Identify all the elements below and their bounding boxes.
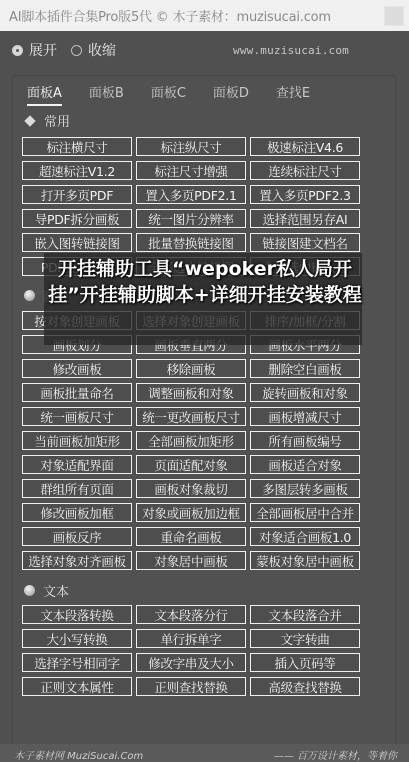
tab-find-e[interactable]: 查找E (276, 82, 310, 106)
tool-button[interactable]: 统一图片分辨率 (136, 209, 246, 228)
tool-button[interactable]: 文本段落转换 (22, 605, 132, 624)
tool-button[interactable]: 单行拆单字 (136, 629, 246, 648)
tool-button[interactable]: 文字转曲 (250, 629, 360, 648)
tool-button[interactable]: 所有画板编号 (250, 431, 360, 450)
tool-button[interactable]: 批量替换链接图 (136, 233, 246, 252)
tool-button[interactable]: 极速标注V4.6 (250, 137, 360, 156)
tool-button[interactable]: 选择范围另存AI (250, 209, 360, 228)
text-button-grid: 文本段落转换文本段落分行文本段落合并大小写转换单行拆单字文字转曲选择字号相同字修… (22, 605, 360, 696)
tool-button[interactable]: 高级查找替换 (250, 677, 360, 696)
tool-button[interactable]: 文本段落分行 (136, 605, 246, 624)
tool-button[interactable]: 正则查找替换 (136, 677, 246, 696)
tool-button[interactable]: 选择字号相同字 (22, 653, 132, 672)
tool-button[interactable]: 标注尺寸增强 (136, 161, 246, 180)
footer-left-text: 木子素材网 MuziSucai.Com (14, 747, 143, 762)
tool-button[interactable]: 置入多页PDF2.3 (250, 185, 360, 204)
tool-button[interactable]: 蒙板对象居中画板 (250, 551, 360, 570)
tool-button[interactable]: 对象或画板加边框 (136, 503, 246, 522)
tab-panel-d[interactable]: 面板D (213, 82, 249, 106)
tool-button[interactable]: 对象适配界面 (22, 455, 132, 474)
tool-button[interactable]: 正则文本属性 (22, 677, 132, 696)
tool-button[interactable]: 修改画板 (22, 359, 132, 378)
tool-button[interactable]: 对象居中画板 (136, 551, 246, 570)
footer-right-text: —— 百万设计素材，等着你 (274, 747, 397, 762)
artboard-button-grid: 按对象创建画板选择对象创建画板排序/加框/分割画板划分画板垂直两分画板水平两分修… (22, 311, 360, 570)
section-title: 常用 (44, 111, 70, 130)
tool-button[interactable]: 链接图建文档名 (250, 233, 360, 252)
expand-label: 展开 (29, 40, 57, 60)
tool-button[interactable]: 画板增减尺寸 (250, 407, 360, 426)
tool-button[interactable]: 画板反序 (22, 527, 132, 546)
tool-button[interactable]: 文本段落合并 (250, 605, 360, 624)
tool-button[interactable]: 页面适配对象 (136, 455, 246, 474)
collapse-radio[interactable]: 收缩 (71, 40, 116, 60)
tool-button[interactable]: 选择对象对齐画板 (22, 551, 132, 570)
tool-button[interactable]: 画板对象裁切 (136, 479, 246, 498)
tool-button[interactable]: 标注纵尺寸 (136, 137, 246, 156)
tab-panel-c[interactable]: 面板C (151, 82, 186, 106)
diamond-icon (24, 115, 35, 126)
tool-button[interactable]: 统一画板尺寸 (22, 407, 132, 426)
tool-button[interactable]: 重命名画板 (136, 527, 246, 546)
tool-button[interactable]: 修改画板加框 (22, 503, 132, 522)
tool-button[interactable]: 当前画板加矩形 (22, 431, 132, 450)
tool-button[interactable]: 画板适合对象 (250, 455, 360, 474)
tool-button[interactable]: 超速标注V1.2 (22, 161, 132, 180)
tab-panel: 面板A 面板B 面板C 面板D 查找E 常用 标注横尺寸标注纵尺寸极速标注V4.… (12, 75, 396, 755)
tool-button[interactable]: 嵌入图转链接图 (22, 233, 132, 252)
tab-bar: 面板A 面板B 面板C 面板D 查找E (27, 82, 337, 106)
tool-button[interactable]: 导PDF拆分画板 (22, 209, 132, 228)
tool-button[interactable]: 旋转画板和对象 (250, 383, 360, 402)
title-bar: AI脚本插件合集Pro版5代 © 木子素材：muzisucai.com (0, 0, 409, 31)
window-title: AI脚本插件合集Pro版5代 © 木子素材：muzisucai.com (9, 6, 331, 25)
expand-radio[interactable]: 展开 (12, 40, 57, 60)
tool-button[interactable]: 全部画板加矩形 (136, 431, 246, 450)
tool-button[interactable]: 大小写转换 (22, 629, 132, 648)
tool-button[interactable]: 打开多页PDF (22, 185, 132, 204)
collapse-label: 收缩 (88, 40, 116, 60)
site-url: www.muzisucai.com (233, 44, 349, 57)
section-common-header: 常用 (23, 111, 70, 130)
tool-button[interactable]: 移除画板 (136, 359, 246, 378)
tool-button[interactable]: 画板批量命名 (22, 383, 132, 402)
tool-button[interactable]: 全部画板居中合并 (250, 503, 360, 522)
tool-button[interactable]: 调整画板和对象 (136, 383, 246, 402)
section-title: 文本 (43, 581, 69, 600)
tool-button[interactable]: 多图层转多画板 (250, 479, 360, 498)
tool-button[interactable]: 插入页码等 (250, 653, 360, 672)
section-text-header: 文本 (23, 581, 69, 600)
footer-watermark: 木子素材网 MuziSucai.Com —— 百万设计素材，等着你 (0, 744, 409, 762)
ball-icon (24, 290, 35, 301)
tool-button[interactable]: 置入多页PDF2.1 (136, 185, 246, 204)
close-button[interactable] (384, 6, 404, 26)
tab-panel-a[interactable]: 面板A (27, 82, 62, 106)
tool-button[interactable]: 连续标注尺寸 (250, 161, 360, 180)
radio-unchecked-icon (71, 45, 82, 56)
tool-button[interactable]: 对象适合画板1.0 (250, 527, 360, 546)
tool-button[interactable]: 修改字串及大小 (136, 653, 246, 672)
tool-button[interactable]: 标注横尺寸 (22, 137, 132, 156)
tool-button[interactable]: 统一更改画板尺寸 (136, 407, 246, 426)
radio-checked-icon (12, 45, 23, 56)
ball-icon (24, 585, 35, 596)
mode-radio-group: 展开 收缩 (12, 40, 130, 60)
tool-button[interactable]: 群组所有页面 (22, 479, 132, 498)
tool-button[interactable]: 删除空白画板 (250, 359, 360, 378)
tab-panel-b[interactable]: 面板B (89, 82, 124, 106)
overlay-text: 开挂辅助工具“wepoker私人局开挂”开挂辅助脚本+详细开挂安装教程 (40, 256, 370, 308)
